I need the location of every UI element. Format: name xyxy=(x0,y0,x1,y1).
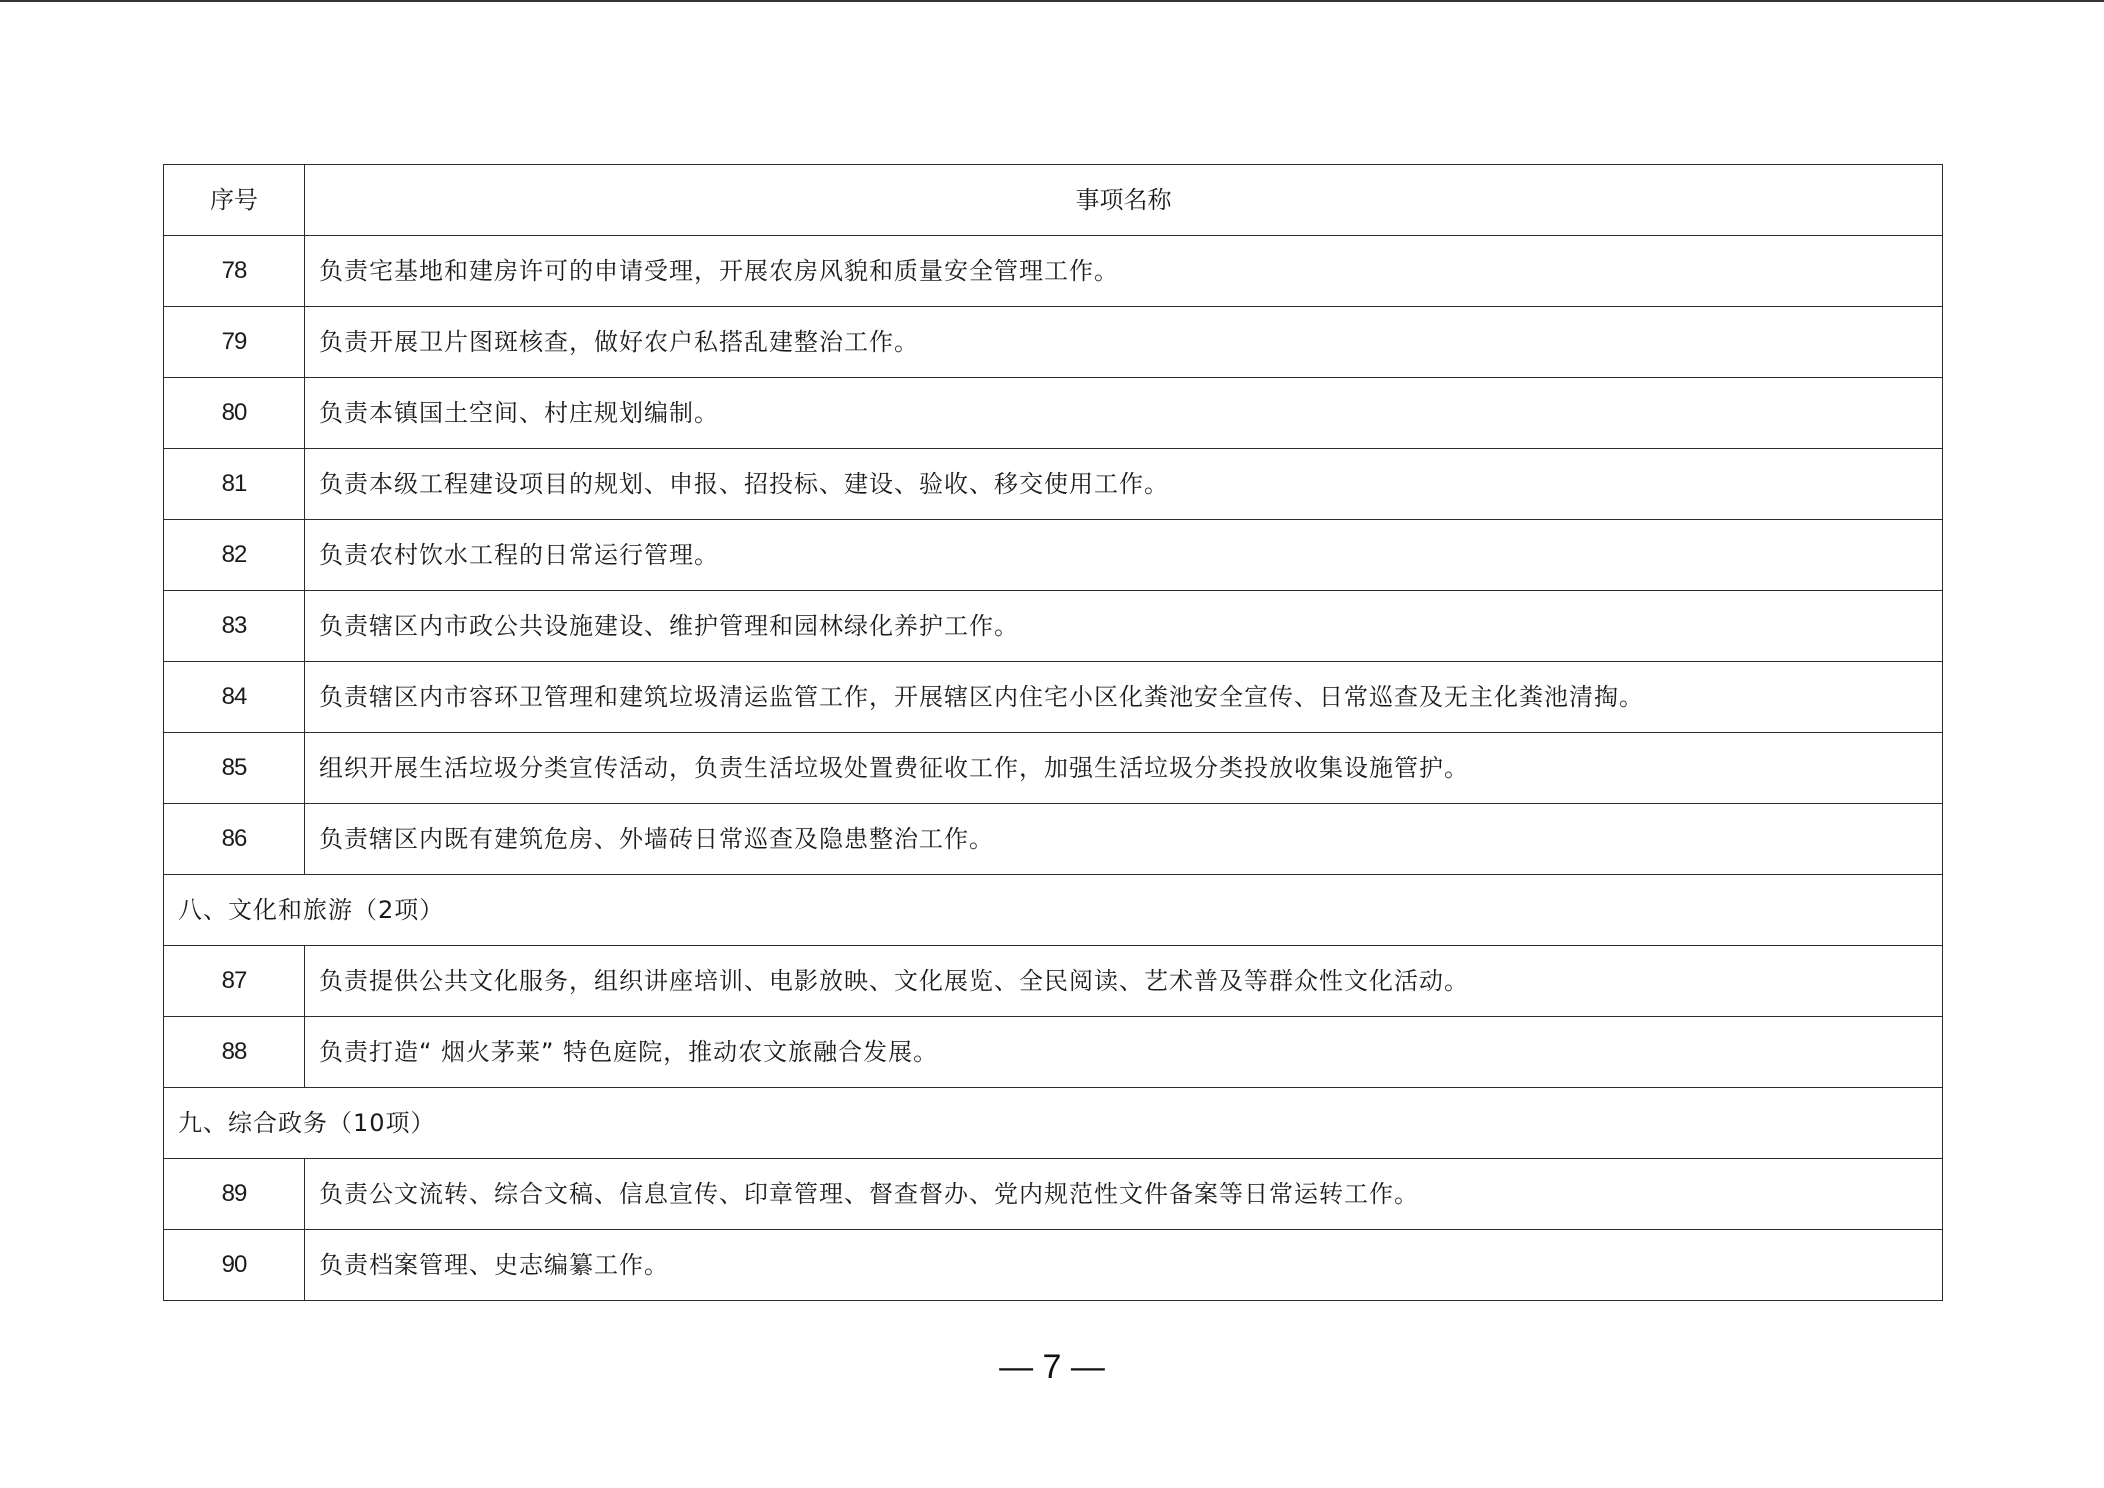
section-heading-general-affairs: 九、综合政务（10项） xyxy=(164,1088,1943,1159)
row-text: 负责公文流转、综合文稿、信息宣传、印章管理、督查督办、党内规范性文件备案等日常运… xyxy=(305,1159,1943,1230)
row-text: 负责开展卫片图斑核查，做好农户私搭乱建整治工作。 xyxy=(305,307,1943,378)
row-number: 82 xyxy=(164,520,305,591)
row-text: 负责宅基地和建房许可的申请受理，开展农房风貌和质量安全管理工作。 xyxy=(305,236,1943,307)
row-number: 81 xyxy=(164,449,305,520)
section-heading-culture-tourism: 八、文化和旅游（2项） xyxy=(164,875,1943,946)
table-row: 80 负责本镇国土空间、村庄规划编制。 xyxy=(164,378,1943,449)
row-text: 负责辖区内既有建筑危房、外墙砖日常巡查及隐患整治工作。 xyxy=(305,804,1943,875)
header-item-name: 事项名称 xyxy=(305,165,1943,236)
row-number: 90 xyxy=(164,1230,305,1301)
table-row: 78 负责宅基地和建房许可的申请受理，开展农房风貌和质量安全管理工作。 xyxy=(164,236,1943,307)
row-number: 87 xyxy=(164,946,305,1017)
responsibility-table: 序号 事项名称 78 负责宅基地和建房许可的申请受理，开展农房风貌和质量安全管理… xyxy=(163,164,1943,1301)
table-row: 86 负责辖区内既有建筑危房、外墙砖日常巡查及隐患整治工作。 xyxy=(164,804,1943,875)
section-row: 八、文化和旅游（2项） xyxy=(164,875,1943,946)
row-number: 84 xyxy=(164,662,305,733)
row-number: 85 xyxy=(164,733,305,804)
row-number: 86 xyxy=(164,804,305,875)
table-row: 89 负责公文流转、综合文稿、信息宣传、印章管理、督查督办、党内规范性文件备案等… xyxy=(164,1159,1943,1230)
row-text: 负责辖区内市容环卫管理和建筑垃圾清运监管工作，开展辖区内住宅小区化粪池安全宣传、… xyxy=(305,662,1943,733)
row-text: 负责辖区内市政公共设施建设、维护管理和园林绿化养护工作。 xyxy=(305,591,1943,662)
page-top-border xyxy=(0,0,2104,2)
table-row: 83 负责辖区内市政公共设施建设、维护管理和园林绿化养护工作。 xyxy=(164,591,1943,662)
row-number: 88 xyxy=(164,1017,305,1088)
row-number: 83 xyxy=(164,591,305,662)
table-row: 90 负责档案管理、史志编纂工作。 xyxy=(164,1230,1943,1301)
table-row: 79 负责开展卫片图斑核查，做好农户私搭乱建整治工作。 xyxy=(164,307,1943,378)
page-number: — 7 — xyxy=(0,1348,2104,1387)
row-text: 负责档案管理、史志编纂工作。 xyxy=(305,1230,1943,1301)
row-number: 79 xyxy=(164,307,305,378)
table-header-row: 序号 事项名称 xyxy=(164,165,1943,236)
table-row: 82 负责农村饮水工程的日常运行管理。 xyxy=(164,520,1943,591)
row-text: 负责本镇国土空间、村庄规划编制。 xyxy=(305,378,1943,449)
table-row: 87 负责提供公共文化服务，组织讲座培训、电影放映、文化展览、全民阅读、艺术普及… xyxy=(164,946,1943,1017)
row-text: 负责本级工程建设项目的规划、申报、招投标、建设、验收、移交使用工作。 xyxy=(305,449,1943,520)
section-row: 九、综合政务（10项） xyxy=(164,1088,1943,1159)
row-text: 负责打造“ 烟火茅莱” 特色庭院，推动农文旅融合发展。 xyxy=(305,1017,1943,1088)
row-number: 78 xyxy=(164,236,305,307)
table-row: 81 负责本级工程建设项目的规划、申报、招投标、建设、验收、移交使用工作。 xyxy=(164,449,1943,520)
row-number: 80 xyxy=(164,378,305,449)
row-text: 组织开展生活垃圾分类宣传活动，负责生活垃圾处置费征收工作，加强生活垃圾分类投放收… xyxy=(305,733,1943,804)
table-row: 84 负责辖区内市容环卫管理和建筑垃圾清运监管工作，开展辖区内住宅小区化粪池安全… xyxy=(164,662,1943,733)
row-text: 负责提供公共文化服务，组织讲座培训、电影放映、文化展览、全民阅读、艺术普及等群众… xyxy=(305,946,1943,1017)
header-number: 序号 xyxy=(164,165,305,236)
table-row: 88 负责打造“ 烟火茅莱” 特色庭院，推动农文旅融合发展。 xyxy=(164,1017,1943,1088)
row-text: 负责农村饮水工程的日常运行管理。 xyxy=(305,520,1943,591)
table-row: 85 组织开展生活垃圾分类宣传活动，负责生活垃圾处置费征收工作，加强生活垃圾分类… xyxy=(164,733,1943,804)
row-number: 89 xyxy=(164,1159,305,1230)
